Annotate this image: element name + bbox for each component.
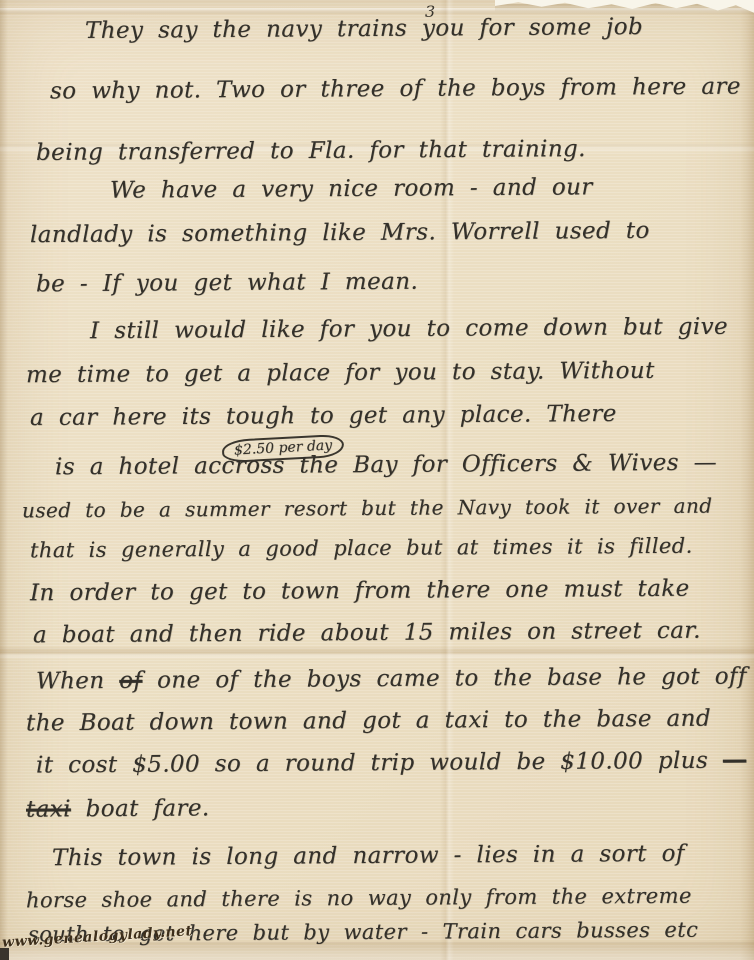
letter-line: This town is long and narrow - lies in a… — [52, 841, 685, 871]
letter-line: a boat and then ride about 15 miles on s… — [33, 618, 701, 649]
line-text: used to be a summer resort but the Navy … — [22, 494, 713, 523]
line-text: so why not. Two or three of the boys fro… — [50, 74, 741, 105]
letter-line: used to be a summer resort but the Navy … — [22, 494, 713, 523]
line-text: This town is long and narrow - lies in a… — [52, 841, 685, 871]
struck-word: taxi — [26, 796, 71, 822]
letter-line: that is generally a good place but at ti… — [30, 534, 693, 563]
line-text: a car here its tough to get any place. T… — [30, 401, 617, 431]
letter-line: so why not. Two or three of the boys fro… — [50, 74, 741, 105]
line-text: me time to get a place for you to stay. … — [26, 358, 655, 388]
torn-paper-edge — [495, 0, 754, 15]
line-text: boat fare. — [86, 795, 210, 822]
fold-crease-middle — [0, 646, 754, 660]
line-text: being transferred to Fla. for that train… — [36, 136, 586, 166]
line-text: horse shoe and there is no way only from… — [26, 884, 692, 913]
line-text: a boat and then ride about 15 miles on s… — [33, 618, 701, 649]
line-text: landlady is something like Mrs. Worrell … — [30, 218, 650, 248]
letter-line: be - If you get what I mean. — [36, 269, 418, 298]
line-text: the Boat down town and got a taxi to the… — [26, 706, 711, 737]
line-text: one of the boys came to the base he got … — [157, 664, 747, 694]
scan-shadow-right — [740, 0, 754, 960]
line-text: be - If you get what I mean. — [36, 269, 418, 298]
letter-line: me time to get a place for you to stay. … — [26, 358, 655, 388]
struck-word: — — [723, 748, 747, 774]
letter-line: being transferred to Fla. for that train… — [36, 136, 586, 166]
letter-page: 3 $2.50 per day They say the navy trains… — [0, 0, 754, 960]
letter-line: They say the navy trains you for some jo… — [85, 14, 643, 44]
line-text: They say the navy trains you for some jo… — [85, 14, 643, 44]
letter-line: it cost $5.00 so a round trip would be $… — [36, 748, 746, 779]
line-text: I still would like for you to come down … — [90, 314, 728, 344]
letter-line: is a hotel accross the Bay for Officers … — [55, 450, 717, 481]
line-text: it cost $5.00 so a round trip would be $… — [36, 748, 708, 779]
scan-shadow-left — [0, 0, 8, 960]
letter-line: horse shoe and there is no way only from… — [26, 884, 692, 913]
letter-line: landlady is something like Mrs. Worrell … — [30, 218, 650, 248]
line-text: In order to get to town from there one m… — [30, 576, 690, 607]
line-text: When — [36, 668, 105, 694]
letter-line: I still would like for you to come down … — [90, 314, 728, 344]
letter-line: the Boat down town and got a taxi to the… — [26, 706, 711, 737]
letter-line: taxi boat fare. — [26, 795, 210, 822]
letter-line: In order to get to town from there one m… — [30, 576, 690, 607]
letter-line: a car here its tough to get any place. T… — [30, 401, 617, 431]
line-text: We have a very nice room - and our — [110, 174, 593, 203]
torn-edge-shadow — [495, 4, 754, 12]
letter-line: We have a very nice room - and our — [110, 174, 593, 203]
line-text: is a hotel accross the Bay for Officers … — [55, 450, 717, 481]
letter-line: When of one of the boys came to the base… — [36, 664, 747, 695]
struck-word: of — [119, 668, 142, 694]
line-text: that is generally a good place but at ti… — [30, 534, 693, 563]
